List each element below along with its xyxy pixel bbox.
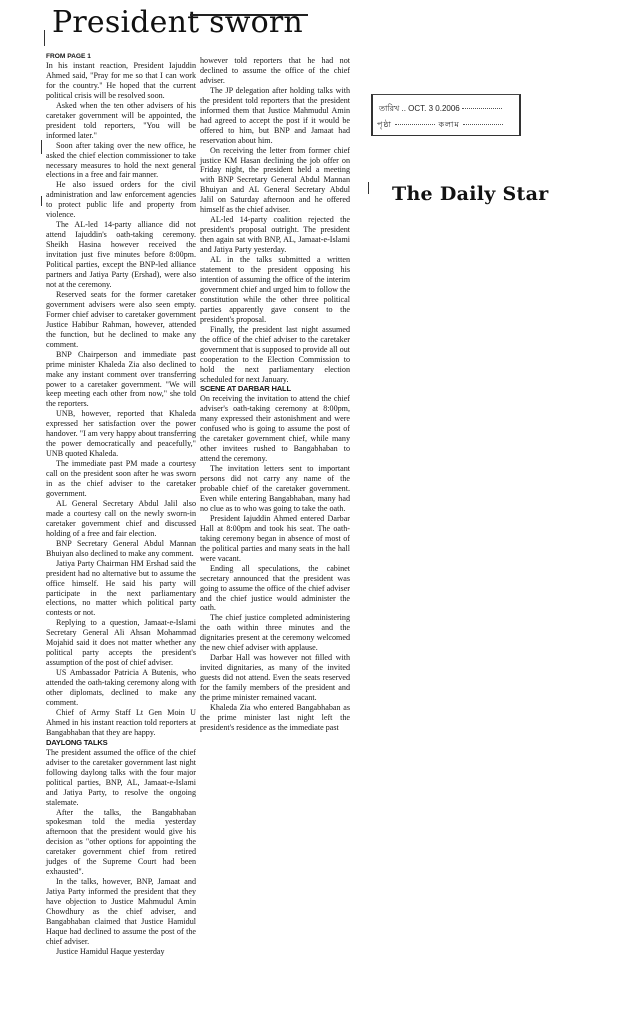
paragraph: Asked when the ten other advisers of his…	[46, 101, 196, 141]
stamp-date-row: তারিখ .. OCT. 3 0.2006	[379, 103, 502, 116]
paragraph: Soon after taking over the new office, h…	[46, 141, 196, 181]
paragraph: On receiving the letter from former chie…	[200, 146, 350, 216]
paragraph: The invitation letters sent to important…	[200, 464, 350, 514]
paragraph: however told reporters that he had not d…	[200, 56, 350, 86]
subhead-scene-at-darbar-hall: SCENE AT DARBAR HALL	[200, 384, 350, 394]
clipping-date-stamp: তারিখ .. OCT. 3 0.2006 পৃষ্ঠা কলাম	[371, 94, 521, 136]
paragraph: Finally, the president last night assume…	[200, 325, 350, 385]
paragraph: AL-led 14-party coalition rejected the p…	[200, 215, 350, 255]
masthead-logo: The Daily Star	[392, 183, 549, 205]
paragraph: After the talks, the Bangabhaban spokesm…	[46, 808, 196, 878]
scan-mark	[44, 30, 45, 46]
paragraph: President Iajuddin Ahmed entered Darbar …	[200, 514, 350, 564]
stamp-column-label: কলাম	[438, 120, 459, 129]
stamp-page-label: পৃষ্ঠা	[377, 120, 392, 129]
paragraph: Chief of Army Staff Lt Gen Moin U Ahmed …	[46, 708, 196, 738]
headline-rule	[190, 14, 308, 16]
headline: President sworn	[52, 6, 303, 40]
paragraph: BNP Secretary General Abdul Mannan Bhuiy…	[46, 539, 196, 559]
paragraph: The AL-led 14-party alliance did not att…	[46, 220, 196, 290]
stamp-date-label: তারিখ	[379, 104, 399, 113]
paragraph: The immediate past PM made a courtesy ca…	[46, 459, 196, 499]
article-column-2: however told reporters that he had not d…	[200, 56, 350, 733]
article-column-1: FROM PAGE 1 In his instant reaction, Pre…	[46, 52, 196, 957]
paragraph: On receiving the invitation to attend th…	[200, 394, 350, 464]
stamp-page-row: পৃষ্ঠা কলাম	[377, 119, 503, 132]
paragraph: Reserved seats for the former caretaker …	[46, 290, 196, 350]
paragraph: Jatiya Party Chairman HM Ershad said the…	[46, 559, 196, 619]
paragraph: Replying to a question, Jamaat-e-Islami …	[46, 618, 196, 668]
paragraph: AL General Secretary Abdul Jalil also ma…	[46, 499, 196, 539]
paragraph: In the talks, however, BNP, Jamaat and J…	[46, 877, 196, 947]
paragraph: US Ambassador Patricia A Butenis, who at…	[46, 668, 196, 708]
paragraph: In his instant reaction, President Iajud…	[46, 61, 196, 101]
paragraph: Darbar Hall was however not filled with …	[200, 653, 350, 703]
paragraph: Ending all speculations, the cabinet sec…	[200, 564, 350, 614]
scan-mark	[368, 182, 369, 194]
jump-label: FROM PAGE 1	[46, 52, 196, 61]
paragraph: AL in the talks submitted a written stat…	[200, 255, 350, 325]
stamp-dotted-line	[463, 124, 503, 125]
paragraph: Khaleda Zia who entered Bangabhaban as t…	[200, 703, 350, 733]
stamp-dotted-line	[462, 108, 502, 109]
paragraph: UNB, however, reported that Khaleda expr…	[46, 409, 196, 459]
paragraph: BNP Chairperson and immediate past prime…	[46, 350, 196, 410]
paragraph: The JP delegation after holding talks wi…	[200, 86, 350, 146]
paragraph: Justice Hamidul Haque yesterday	[46, 947, 196, 957]
scan-mark	[41, 196, 42, 206]
stamp-date-value: OCT. 3 0.2006	[408, 104, 460, 113]
subhead-daylong-talks: DAYLONG TALKS	[46, 738, 196, 748]
paragraph: He also issued orders for the civil admi…	[46, 180, 196, 220]
paragraph: The president assumed the office of the …	[46, 748, 196, 808]
stamp-dotted-line	[395, 124, 435, 125]
paragraph: The chief justice completed administerin…	[200, 613, 350, 653]
scan-mark	[41, 140, 42, 154]
